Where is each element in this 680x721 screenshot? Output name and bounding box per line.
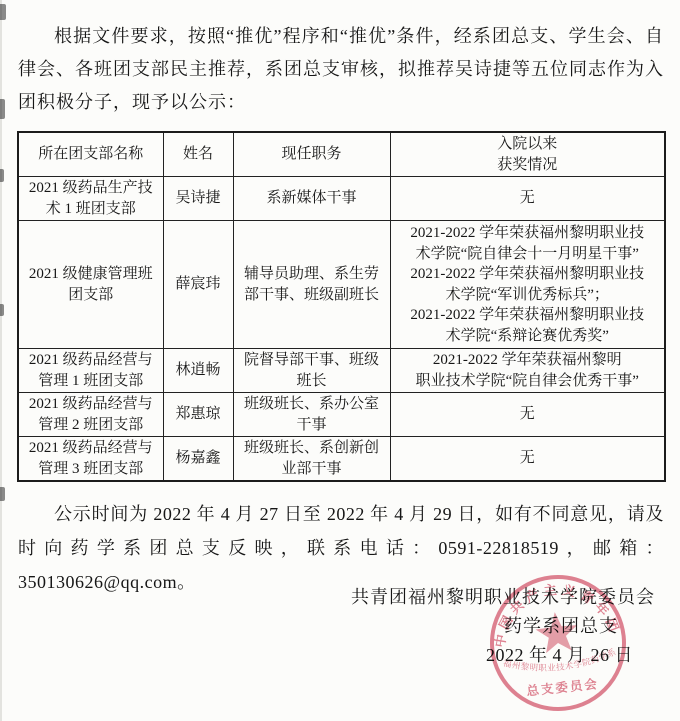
announcement-document: { "intro": { "text": "根据文件要求，按照“推优”程序和“推… [0, 0, 680, 721]
col-header-position: 现任职务 [233, 132, 390, 177]
cell-name: 杨嘉鑫 [163, 437, 233, 482]
table-row: 2021 级健康管理班 团支部 薛宸玮 辅导员助理、系生劳 部干事、班级副班长 … [18, 221, 665, 349]
seal-bottom-text: 总支委员会 [526, 676, 600, 698]
cell-branch: 2021 级药品生产技 术 1 班团支部 [18, 177, 163, 221]
cell-branch: 2021 级药品经营与 管理 1 班团支部 [18, 349, 163, 393]
signature-department: 药学系团总支 [504, 612, 618, 638]
cell-branch: 2021 级药品经营与 管理 3 班团支部 [18, 437, 163, 482]
table-row: 2021 级药品经营与 管理 1 班团支部 林逍畅 院督导部干事、班级 班长 2… [18, 349, 665, 393]
signature-organization: 共青团福州黎明职业技术学院委员会 [351, 583, 655, 609]
scan-artifact [0, 4, 6, 20]
cell-position: 班级班长、系创新创 业部干事 [233, 437, 390, 482]
cell-position: 系新媒体干事 [233, 177, 390, 221]
table-row: 2021 级药品经营与 管理 2 班团支部 郑惠琼 班级班长、系办公室 干事 无 [18, 393, 665, 437]
cell-awards: 2021-2022 学年荣获福州黎明职业技 术学院“院自律会十一月明星干事” 2… [390, 221, 665, 349]
col-header-branch: 所在团支部名称 [18, 132, 163, 177]
cell-name: 吴诗捷 [163, 177, 233, 221]
scan-artifact [0, 304, 4, 316]
table-row: 2021 级药品生产技 术 1 班团支部 吴诗捷 系新媒体干事 无 [18, 177, 665, 221]
cell-branch: 2021 级健康管理班 团支部 [18, 221, 163, 349]
cell-position: 班级班长、系办公室 干事 [233, 393, 390, 437]
cell-branch: 2021 级药品经营与 管理 2 班团支部 [18, 393, 163, 437]
scan-artifact [0, 487, 5, 501]
cell-name: 郑惠琼 [163, 393, 233, 437]
intro-paragraph: 根据文件要求，按照“推优”程序和“推优”条件，经系团总支、学生会、自律会、各班团… [18, 20, 664, 119]
col-header-name: 姓名 [163, 132, 233, 177]
table-header-row: 所在团支部名称 姓名 现任职务 入院以来 获奖情况 [18, 132, 665, 177]
col-header-awards: 入院以来 获奖情况 [390, 132, 665, 177]
table-row: 2021 级药品经营与 管理 3 班团支部 杨嘉鑫 班级班长、系创新创 业部干事… [18, 437, 665, 482]
cell-position: 院督导部干事、班级 班长 [233, 349, 390, 393]
signature-date: 2022 年 4 月 26 日 [486, 641, 633, 667]
recommendation-table: 所在团支部名称 姓名 现任职务 入院以来 获奖情况 2021 级药品生产技 术 … [17, 131, 666, 482]
cell-awards: 无 [390, 437, 665, 482]
cell-awards: 2021-2022 学年荣获福州黎明 职业技术学院“院自律会优秀干事” [390, 349, 665, 393]
cell-position: 辅导员助理、系生劳 部干事、班级副班长 [233, 221, 390, 349]
scan-artifact [0, 99, 5, 119]
scan-artifact [0, 169, 4, 182]
cell-awards: 无 [390, 393, 665, 437]
cell-name: 薛宸玮 [163, 221, 233, 349]
cell-name: 林逍畅 [163, 349, 233, 393]
cell-awards: 无 [390, 177, 665, 221]
